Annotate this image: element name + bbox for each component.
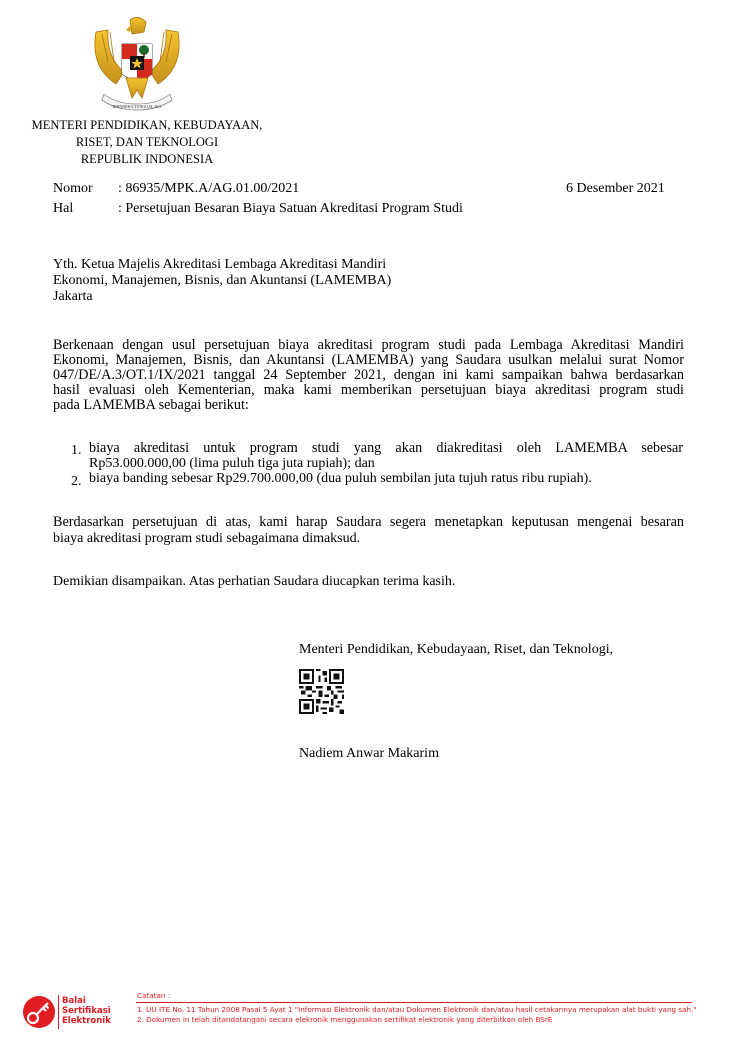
signatory-title: Menteri Pendidikan, Kebudayaan, Riset, d…	[299, 642, 613, 657]
bsre-logo-icon	[22, 995, 56, 1029]
letter-date: 6 Desember 2021	[566, 181, 665, 196]
recipient-line-3: Jakarta	[53, 289, 93, 304]
list-item-2-line-1: biaya banding sebesar Rp29.700.000,00 (d…	[89, 471, 592, 486]
garuda-emblem-icon: BHINNEKA TUNGGAL IKA	[86, 12, 188, 116]
svg-text:BHINNEKA TUNGGAL IKA: BHINNEKA TUNGGAL IKA	[113, 104, 162, 109]
hal-value: : Persetujuan Besaran Biaya Satuan Akred…	[118, 201, 463, 216]
list-item-2-number: 2.	[71, 474, 82, 489]
nomor-value: : 86935/MPK.A/AG.01.00/2021	[118, 181, 299, 196]
closing-text: Demikian disampaikan. Atas perhatian Sau…	[53, 574, 455, 589]
signatory-name: Nadiem Anwar Makarim	[299, 746, 439, 761]
note-1: 1. UU ITE No. 11 Tahun 2008 Pasal 5 Ayat…	[137, 1005, 697, 1015]
qr-code-icon	[299, 669, 344, 714]
footer-separator	[58, 995, 59, 1029]
paragraph-1-line-5: pada LAMEMBA sebagai berikut:	[53, 398, 684, 414]
list-item-1-line-2: Rp53.000.000,00 (lima puluh tiga juta ru…	[89, 456, 375, 471]
bsre-org-name: Balai Sertifikasi Elektronik	[62, 996, 111, 1026]
notes-divider	[136, 1002, 692, 1003]
letterhead-line-2: RISET, DAN TEKNOLOGI	[2, 134, 292, 151]
notes-title: Catatan :	[137, 991, 170, 1001]
list-item-1-line-1: biaya akreditasi untuk program studi yan…	[89, 441, 683, 457]
letterhead-line-3: REPUBLIK INDONESIA	[2, 151, 292, 168]
bsre-org-line-3: Elektronik	[62, 1016, 111, 1026]
note-2: 2. Dokumen in telah ditandatangani secar…	[137, 1015, 552, 1025]
bsre-org-line-1: Balai	[62, 996, 111, 1006]
list-item-1-number: 1.	[71, 443, 82, 458]
paragraph-2-line-1: Berdasarkan persetujuan di atas, kami ha…	[53, 515, 684, 531]
recipient-line-1: Yth. Ketua Majelis Akreditasi Lembaga Ak…	[53, 257, 386, 272]
hal-label: Hal	[53, 201, 73, 216]
nomor-label: Nomor	[53, 181, 93, 196]
recipient-line-2: Ekonomi, Manajemen, Bisnis, dan Akuntans…	[53, 273, 391, 288]
bsre-org-line-2: Sertifikasi	[62, 1006, 111, 1016]
paragraph-2-line-2: biaya akreditasi program studi sebagaima…	[53, 531, 360, 546]
letterhead-line-1: MENTERI PENDIDIKAN, KEBUDAYAAN,	[2, 117, 292, 134]
